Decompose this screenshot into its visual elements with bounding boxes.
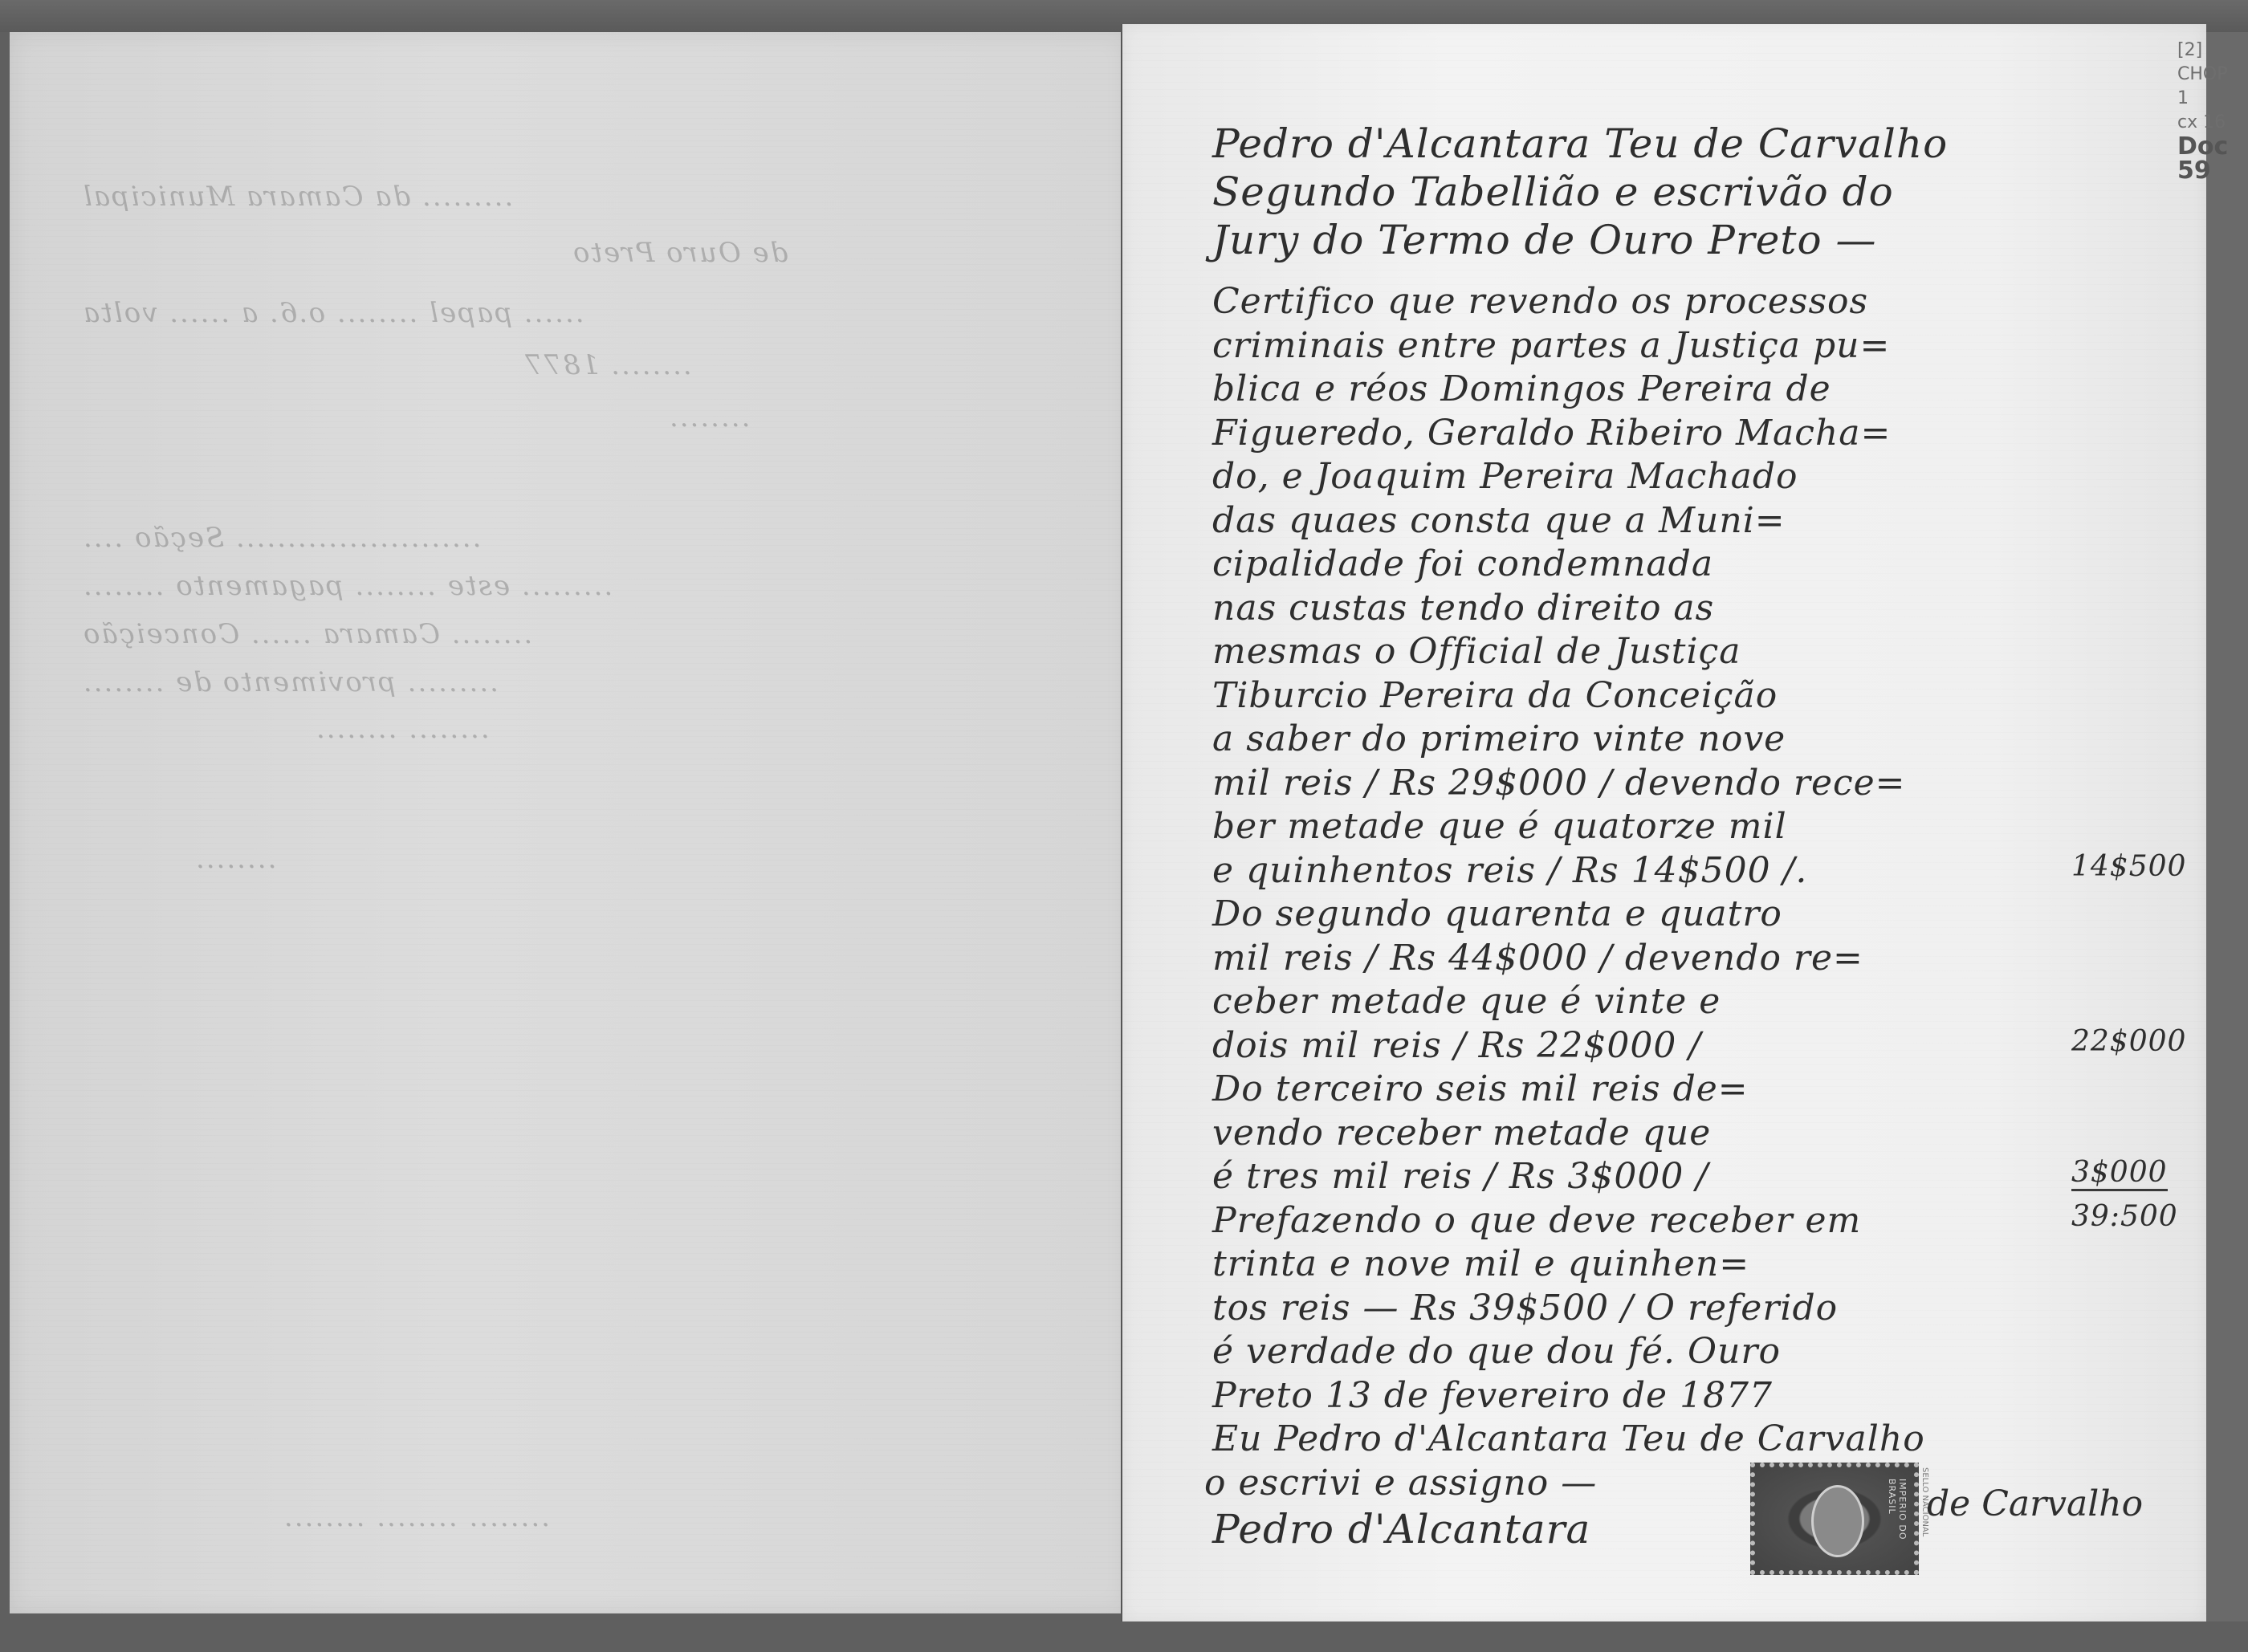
ms-text: é tres mil reis / Rs 3$000 / — [1212, 1156, 1708, 1197]
bleed-line: ........ Camara ...... Conceição — [82, 618, 532, 650]
left-page-reverse: ......... da Camara Municipal de Ouro Pr… — [10, 32, 1127, 1613]
bleed-line: ......... provimento de ........ — [82, 666, 499, 698]
ms-line: é verdade do que dou fé. Ouro — [1212, 1331, 2208, 1375]
folio-number: [2] — [2177, 39, 2242, 63]
ms-line-with-amount: e quinhentos reis / Rs 14$500 /. 14$500 — [1212, 850, 2208, 894]
ms-line: cipalidade foi condemnada — [1212, 543, 2208, 588]
bleed-line: ...... papel ........ o.6. a ...... volt… — [82, 297, 584, 329]
ms-line: do, e Joaquim Pereira Machado — [1212, 456, 2208, 500]
ms-line: mil reis / Rs 29$000 / devendo rece= — [1212, 763, 2208, 807]
bleed-line: ......... da Camara Municipal — [82, 181, 513, 213]
ms-line: Jury do Termo de Ouro Preto — — [1212, 217, 2208, 265]
ms-line: ber metade que é quatorze mil — [1212, 806, 2208, 850]
ms-line: mesmas o Official de Justiça — [1212, 631, 2208, 675]
ms-line: Certifico que revendo os processos — [1212, 281, 2208, 325]
ms-line: trinta e nove mil e quinhen= — [1212, 1243, 2208, 1288]
ms-line: nas custas tendo direito as — [1212, 588, 2208, 632]
ms-line: Segundo Tabellião e escrivão do — [1212, 169, 2208, 217]
stamp-text: IMPERIO DO BRASIL — [1887, 1479, 1908, 1570]
ms-line: Do segundo quarenta e quatro — [1212, 893, 2208, 938]
manuscript-text: Pedro d'Alcantara Teu de Carvalho Segund… — [1212, 120, 2208, 1550]
ms-line-with-amount: dois mil reis / Rs 22$000 / 22$000 — [1212, 1025, 2208, 1069]
ms-line: blica e réos Domingos Pereira de — [1212, 368, 2208, 413]
ms-line: Preto 13 de fevereiro de 1877 — [1212, 1375, 2208, 1419]
margin-total: 39:500 — [2071, 1200, 2178, 1233]
ms-line: vendo receber metade que — [1212, 1113, 2208, 1157]
ms-line: Tiburcio Pereira da Conceição — [1212, 675, 2208, 719]
ms-line: mil reis / Rs 44$000 / devendo re= — [1212, 938, 2208, 982]
bleed-line: ........ ........ — [315, 713, 490, 745]
signature-tail: de Carvalho — [1927, 1483, 2143, 1524]
bleed-line: ........ — [668, 401, 750, 433]
scanner-background-right — [2205, 32, 2248, 1621]
margin-amount: 22$000 — [2071, 1025, 2186, 1058]
ms-line: das quaes consta que a Muni= — [1212, 500, 2208, 544]
ms-line: Eu Pedro d'Alcantara Teu de Carvalho — [1212, 1418, 2208, 1463]
tax-stamp: IMPERIO DO BRASIL — [1750, 1463, 1919, 1575]
ms-text: e quinhentos reis / Rs 14$500 /. — [1212, 850, 1807, 891]
ms-line: Pedro d'Alcantara Teu de Carvalho — [1212, 120, 2208, 169]
bleed-line: ........ — [194, 843, 276, 875]
margin-amount: 14$500 — [2071, 850, 2186, 883]
ms-text: dois mil reis / Rs 22$000 / — [1212, 1025, 1701, 1066]
ms-line: tos reis — Rs 39$500 / O referido — [1212, 1288, 2208, 1332]
margin-amount: 3$000 — [2071, 1156, 2168, 1191]
ms-line-with-amount: Prefazendo o que deve receber em 39:500 — [1212, 1200, 2208, 1244]
stamp-portrait-icon — [1811, 1485, 1864, 1557]
ms-line: ceber metade que é vinte e — [1212, 981, 2208, 1025]
ms-line-with-amount: é tres mil reis / Rs 3$000 / 3$000 — [1212, 1156, 2208, 1200]
ms-line: Do terceiro seis mil reis de= — [1212, 1068, 2208, 1113]
ms-line: criminais entre partes a Justiça pu= — [1212, 325, 2208, 369]
bleed-line: ......... este ........ pagamento ......… — [82, 570, 613, 602]
ms-line: a saber do primeiro vinte nove — [1212, 718, 2208, 763]
collection-code: CHOP 1 — [2177, 63, 2242, 111]
bleed-line: de Ouro Preto — [572, 237, 788, 269]
bleed-line: ........ 1877 — [523, 349, 692, 381]
bleed-line: ........ ........ ........ — [283, 1501, 550, 1533]
ms-text: Prefazendo o que deve receber em — [1212, 1200, 1861, 1241]
bleed-line: ........................ Seção .... — [82, 522, 481, 554]
ms-line: Figueredo, Geraldo Ribeiro Macha= — [1212, 413, 2208, 457]
